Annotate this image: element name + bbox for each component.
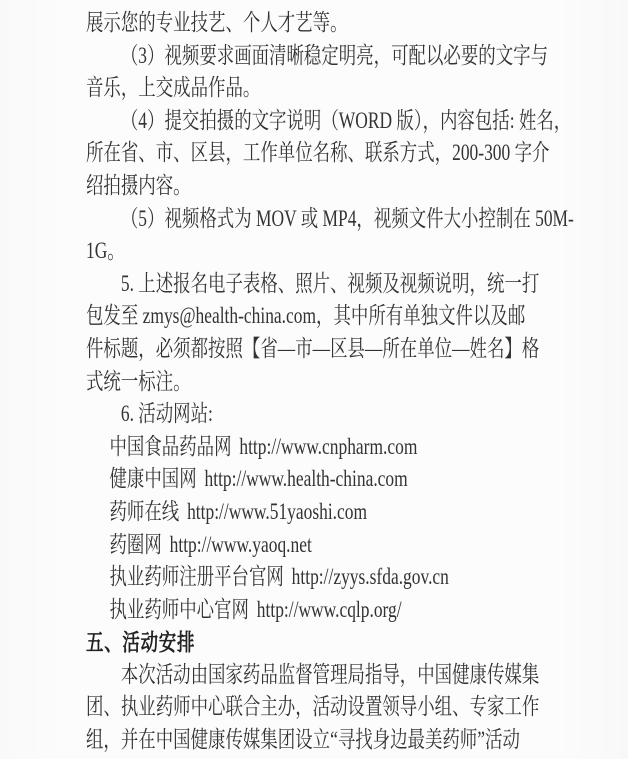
website-url: http://zyys.sfda.gov.cn <box>292 564 449 589</box>
website-url: http://www.yaoq.net <box>170 532 312 557</box>
doc-line-item5-submission: 5. 上述报名电子表格、照片、视频及视频说明，统一打 <box>86 268 628 301</box>
doc-line: 绍拍摄内容。 <box>86 170 628 203</box>
website-line: 执业药师中心官网http://www.cqlp.org/ <box>86 594 628 627</box>
doc-line-email: 包发至 zmys@health-china.com，其中所有单独文件以及邮 <box>86 300 628 333</box>
website-name: 药圈网 <box>109 532 161 557</box>
website-url: http://www.cnpharm.com <box>239 434 417 459</box>
doc-line-item-3-video-quality: （3）视频要求画面清晰稳定明亮，可配以必要的文字与 <box>86 40 628 73</box>
website-name: 健康中国网 <box>109 466 196 491</box>
scanned-document-page: 展示您的专业技艺、个人才艺等。 （3）视频要求画面清晰稳定明亮，可配以必要的文字… <box>0 0 628 759</box>
document-text-block: 展示您的专业技艺、个人才艺等。 （3）视频要求画面清晰稳定明亮，可配以必要的文字… <box>86 7 628 757</box>
website-line: 中国食品药品网http://www.cnpharm.com <box>86 431 628 464</box>
section-heading-activity-arrangement: 五、活动安排 <box>86 626 628 659</box>
websites-intro-line: 6. 活动网站: <box>86 398 628 431</box>
website-line: 药师在线http://www.51yaoshi.com <box>86 496 628 529</box>
website-line: 执业药师注册平台官网http://zyys.sfda.gov.cn <box>86 561 628 594</box>
website-name: 执业药师中心官网 <box>109 597 248 622</box>
doc-line-item-5-video-format: （5）视频格式为 MOV 或 MP4，视频文件大小控制在 50M- <box>86 203 628 236</box>
doc-line: 组，并在中国健康传媒集团设立“寻找身边最美药师”活动 <box>86 724 628 757</box>
doc-line: 展示您的专业技艺、个人才艺等。 <box>86 7 628 40</box>
doc-line: 团、执业药师中心联合主办，活动设置领导小组、专家工作 <box>86 691 628 724</box>
website-url: http://www.cqlp.org/ <box>257 597 402 622</box>
doc-line-item-4-word-description: （4）提交拍摄的文字说明（WORD 版），内容包括: 姓名， <box>86 105 628 138</box>
website-url: http://www.health-china.com <box>205 466 408 491</box>
website-line: 健康中国网http://www.health-china.com <box>86 463 628 496</box>
doc-line: 音乐，上交成品作品。 <box>86 72 628 105</box>
website-url: http://www.51yaoshi.com <box>187 499 367 524</box>
website-name: 中国食品药品网 <box>109 434 231 459</box>
doc-line: 1G。 <box>86 235 628 268</box>
doc-line: 所在省、市、区县，工作单位名称、联系方式，200-300 字介 <box>86 137 628 170</box>
website-line: 药圈网http://www.yaoq.net <box>86 529 628 562</box>
doc-line: 本次活动由国家药品监督管理局指导，中国健康传媒集 <box>86 659 628 692</box>
website-name: 执业药师注册平台官网 <box>109 564 283 589</box>
website-name: 药师在线 <box>109 499 179 524</box>
doc-line: 式统一标注。 <box>86 366 628 399</box>
doc-line: 件标题，必须都按照【省—市—区县—所在单位—姓名】格 <box>86 333 628 366</box>
